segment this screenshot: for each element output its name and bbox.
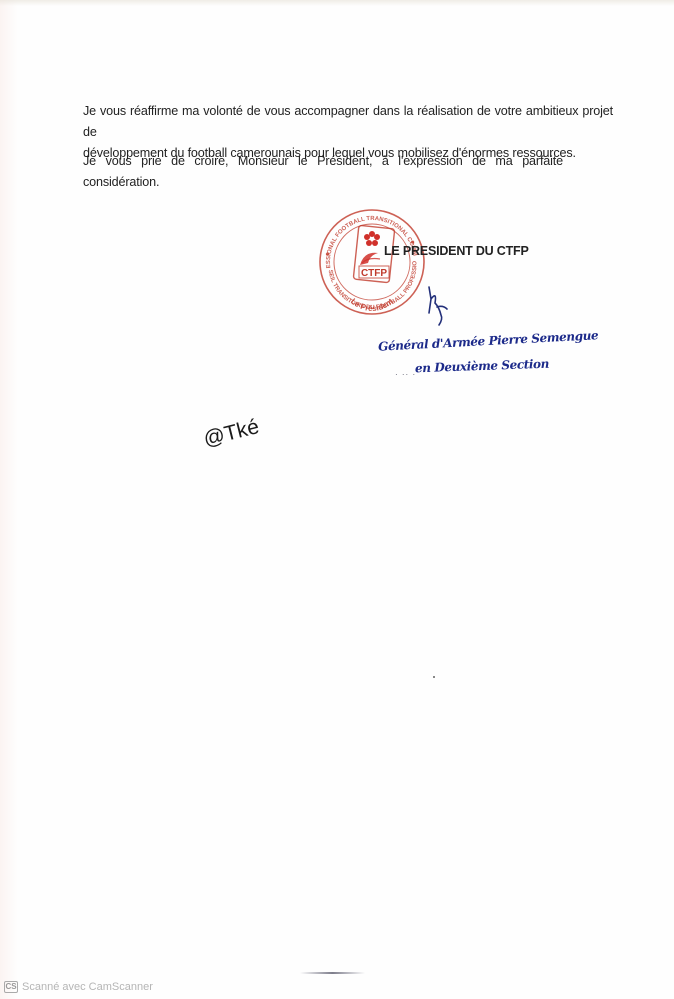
signatory-name: Général d'Armée Pierre Semengue [378, 328, 599, 354]
flower-logo-icon [364, 231, 380, 246]
camscanner-watermark: CS Scanné avec CamScanner [4, 980, 153, 994]
handwritten-initials [425, 285, 465, 330]
ctfp-official-stamp: PROFESSIONAL FOOTBALL TRANSITIONAL COMMI… [318, 193, 426, 331]
svg-text:CTFP: CTFP [361, 268, 387, 279]
watermark-handle: @Tké [201, 415, 261, 452]
signatory-title: LE PRESIDENT DU CTFP [384, 244, 529, 258]
scan-edge-shadow-left [0, 0, 18, 999]
scanned-letter-page: Je vous réaffirme ma volonté de vous acc… [0, 0, 674, 999]
scan-edge-shadow-top [0, 0, 674, 6]
camscanner-logo-icon: CS [4, 981, 18, 993]
paragraph-line: Je vous réaffirme ma volonté de vous acc… [83, 101, 613, 143]
paragraph-line: Je vous prie de croire, Monsieur le Prés… [83, 154, 563, 189]
closing-salutation: Je vous prie de croire, Monsieur le Prés… [83, 151, 563, 193]
scan-artifact-line [300, 972, 365, 974]
ink-specks: · ·· · [395, 370, 416, 379]
signatory-rank: en Deuxième Section [415, 357, 549, 376]
camscanner-label: Scanné avec CamScanner [22, 981, 153, 993]
scan-speck [433, 676, 435, 678]
